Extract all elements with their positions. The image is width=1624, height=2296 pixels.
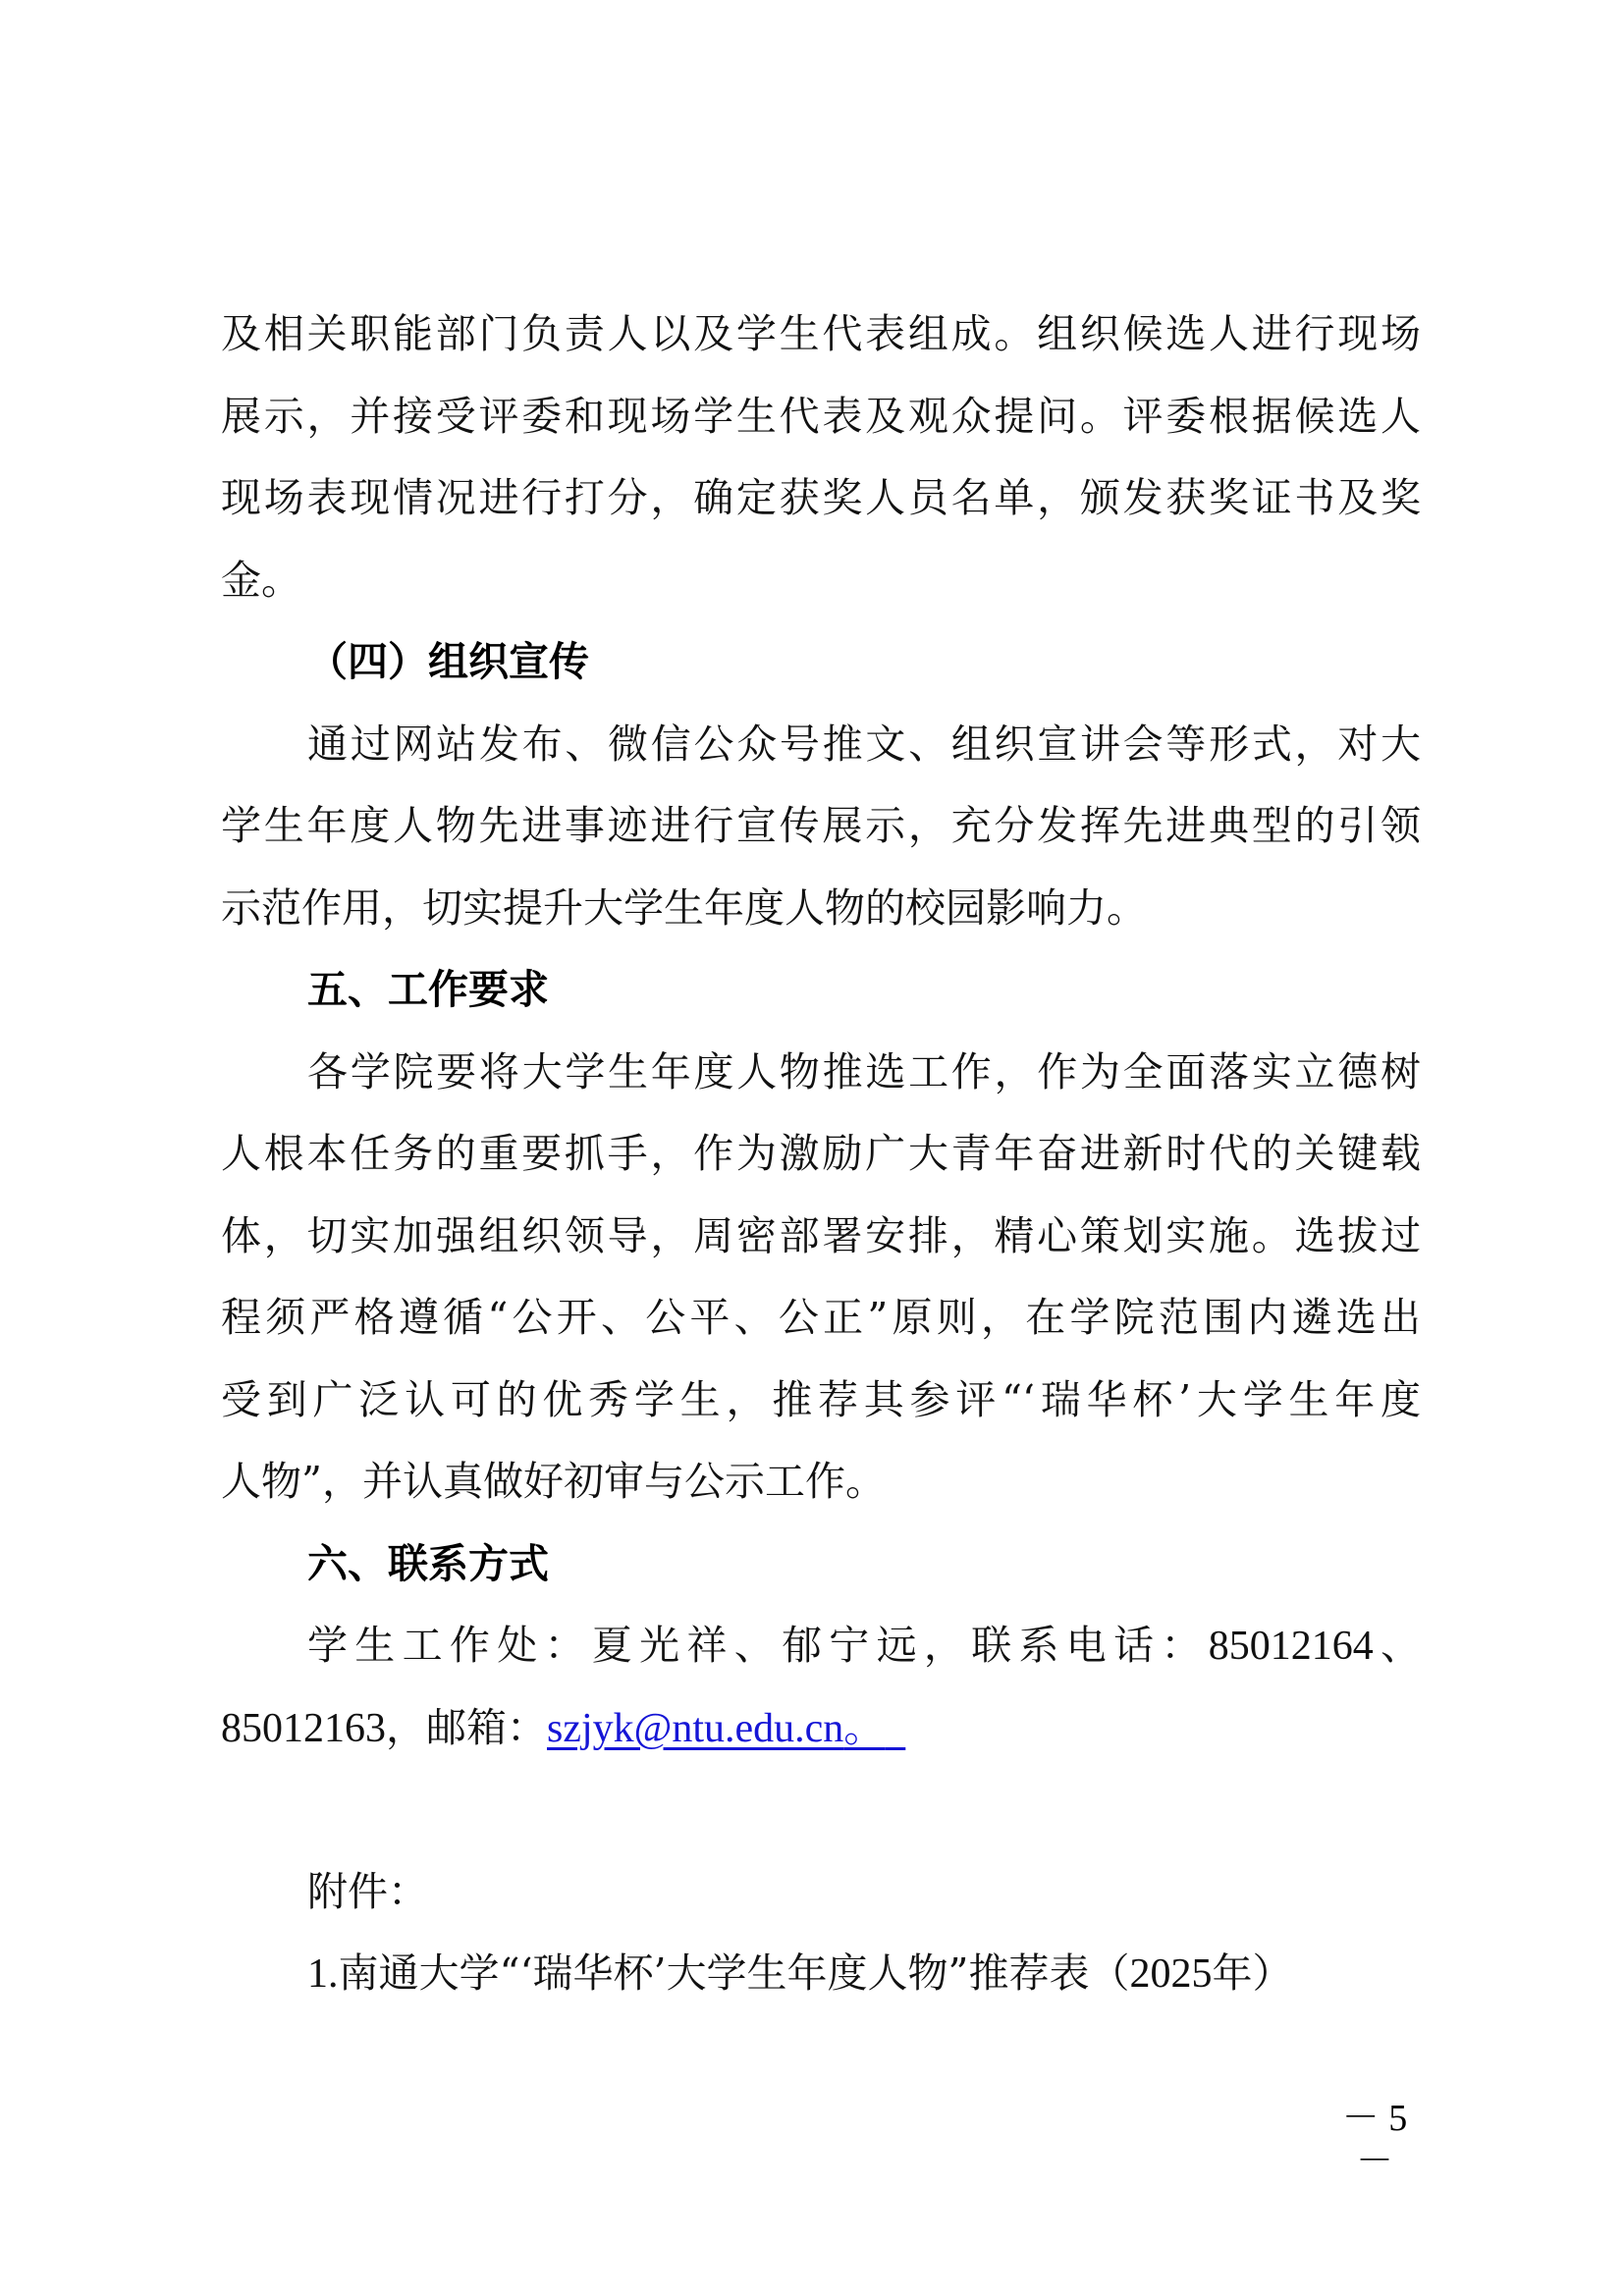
attachment-index: 1. [307,1951,339,1997]
attachments-label: 附件： [221,1851,1421,1934]
phone-separator: 、 [1374,1622,1421,1669]
section-heading-requirements: 五、工作要求 [221,949,1421,1032]
paragraph-requirements: 各学院要将大学生年度人物推选工作，作为全面落实立德树 人根本任务的重要抓手，作为… [221,1032,1421,1523]
contact-line: 85012163，邮箱：szjyk@ntu.edu.cn。 [221,1687,1421,1770]
text-line: 学生年度人物先进事迹进行宣传展示，充分发挥先进典型的引领 [221,785,1421,868]
attachment-year: 2025 [1130,1951,1213,1997]
email-address[interactable]: szjyk@ntu.edu.cn [547,1706,843,1751]
phone-number: 85012164 [1209,1624,1374,1669]
page-number: － 5 － [1326,2097,1424,2140]
email-link[interactable]: szjyk@ntu.edu.cn。 [547,1706,905,1751]
attachment-suffix: 年） [1213,1949,1293,1997]
document-page: 及相关职能部门负责人以及学生代表组成。组织候选人进行现场 展示，并接受评委和现场… [0,0,1624,2296]
paragraph-selection-process-tail: 及相关职能部门负责人以及学生代表组成。组织候选人进行现场 展示，并接受评委和现场… [221,294,1421,621]
text-column: 及相关职能部门负责人以及学生代表组成。组织候选人进行现场 展示，并接受评委和现场… [221,294,1421,2015]
text-line: 受到广泛认可的优秀学生，推荐其参评“‘瑞华杯’大学生年度 [221,1360,1421,1442]
text-line: 现场表现情况进行打分，确定获奖人员名单，颁发获奖证书及奖 [221,457,1421,540]
text-line: 金。 [221,540,1421,622]
text-line: 程须严格遵循“公开、公平、公正”原则，在学院范围内遴选出 [221,1277,1421,1360]
text-line: 人物”，并认真做好初审与公示工作。 [221,1441,1421,1523]
attachments: 附件： 1.南通大学“‘瑞华杯’大学生年度人物”推荐表（2025年） [221,1851,1421,2015]
text-line: 通过网站发布、微信公众号推文、组织宣讲会等形式，对大 [221,704,1421,786]
text-line: 体，切实加强组织领导，周密部署安排，精心策划实施。选拔过 [221,1196,1421,1278]
text-line: 示范作用，切实提升大学生年度人物的校园影响力。 [221,868,1421,950]
attachment-item: 1.南通大学“‘瑞华杯’大学生年度人物”推荐表（2025年） [221,1933,1421,2015]
text-line: 人根本任务的重要抓手，作为激励广大青年奋进新时代的关键载 [221,1113,1421,1196]
contact-line: 学生工作处：夏光祥、郁宁远，联系电话：85012164、 [221,1605,1421,1687]
email-label: ，邮箱： [386,1704,547,1751]
text-line: 展示，并接受评委和现场学生代表及观众提问。评委根据候选人 [221,376,1421,458]
text-line: 各学院要将大学生年度人物推选工作，作为全面落实立德树 [221,1032,1421,1114]
section-heading-contact: 六、联系方式 [221,1523,1421,1606]
contact-persons: 学生工作处：夏光祥、郁宁远，联系电话： [307,1622,1209,1669]
blank-line [221,1769,1421,1851]
text-line: 及相关职能部门负责人以及学生代表组成。组织候选人进行现场 [221,294,1421,376]
attachment-title: 南通大学“‘瑞华杯’大学生年度人物”推荐表（ [339,1949,1130,1997]
phone-number: 85012163 [221,1706,386,1751]
section-heading-promotion: （四）组织宣传 [221,621,1421,704]
email-tail[interactable]: 。 [843,1706,885,1751]
paragraph-promotion: 通过网站发布、微信公众号推文、组织宣讲会等形式，对大 学生年度人物先进事迹进行宣… [221,704,1421,950]
paragraph-contact: 学生工作处：夏光祥、郁宁远，联系电话：85012164、 85012163，邮箱… [221,1605,1421,1769]
